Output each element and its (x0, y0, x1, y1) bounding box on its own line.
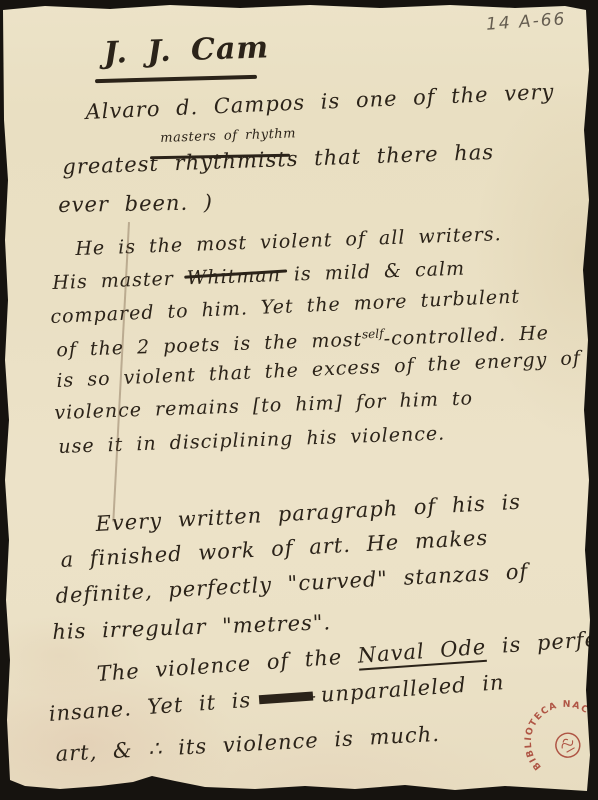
line-segment: of the 2 poets is the most (56, 329, 363, 362)
line-segment: is mild & calm (280, 258, 465, 286)
line-segment: -controlled. He (383, 322, 549, 350)
manuscript-line: art, & ∴ its violence is much. (55, 722, 440, 766)
manuscript-line: his irregular "metres". (52, 610, 332, 644)
crossed-out-word: ——— (258, 684, 314, 712)
stamp-text: BIBLIOTECA NACIONAL (503, 679, 598, 776)
line-segment: unparalleled in (320, 670, 505, 707)
manuscript-line: He is the most violent of all writers. (75, 223, 502, 260)
manuscript-line: greatest rhythmists that there has (62, 140, 494, 179)
line-segment: His master (52, 267, 187, 294)
line-segment: The violence of the (96, 644, 359, 686)
manuscript-line: His master Whitman is mild & calm (52, 258, 465, 294)
manuscript-scan: 14 A-66 J. J. Cam Alvaro d. Campos is on… (0, 0, 598, 800)
emphasised-word: Whitman (186, 264, 281, 289)
underlined-title-naval-ode: Naval Ode (357, 635, 487, 671)
line-segment: is perfectly (485, 624, 598, 659)
title-underline-stroke (95, 75, 257, 83)
paper: 14 A-66 J. J. Cam Alvaro d. Campos is on… (0, 0, 598, 800)
manuscript-line: ever been. ) (58, 190, 213, 217)
svg-text:BIBLIOTECA NACIONAL: BIBLIOTECA NACIONAL (503, 679, 598, 776)
archive-number: 14 A-66 (485, 9, 567, 35)
line-segment: insane. Yet it is (48, 688, 252, 726)
stamp-emblem-detail (559, 736, 576, 753)
manuscript-title: J. J. Cam (103, 30, 270, 71)
interlinear-insertion: masters of rhythm (160, 126, 296, 146)
superscript-insertion: self (362, 327, 384, 342)
library-stamp: BIBLIOTECA NACIONAL (503, 679, 598, 800)
manuscript-line: Alvaro d. Campos is one of the very (85, 80, 555, 124)
manuscript-line: compared to him. Yet the more turbulent (50, 285, 520, 327)
